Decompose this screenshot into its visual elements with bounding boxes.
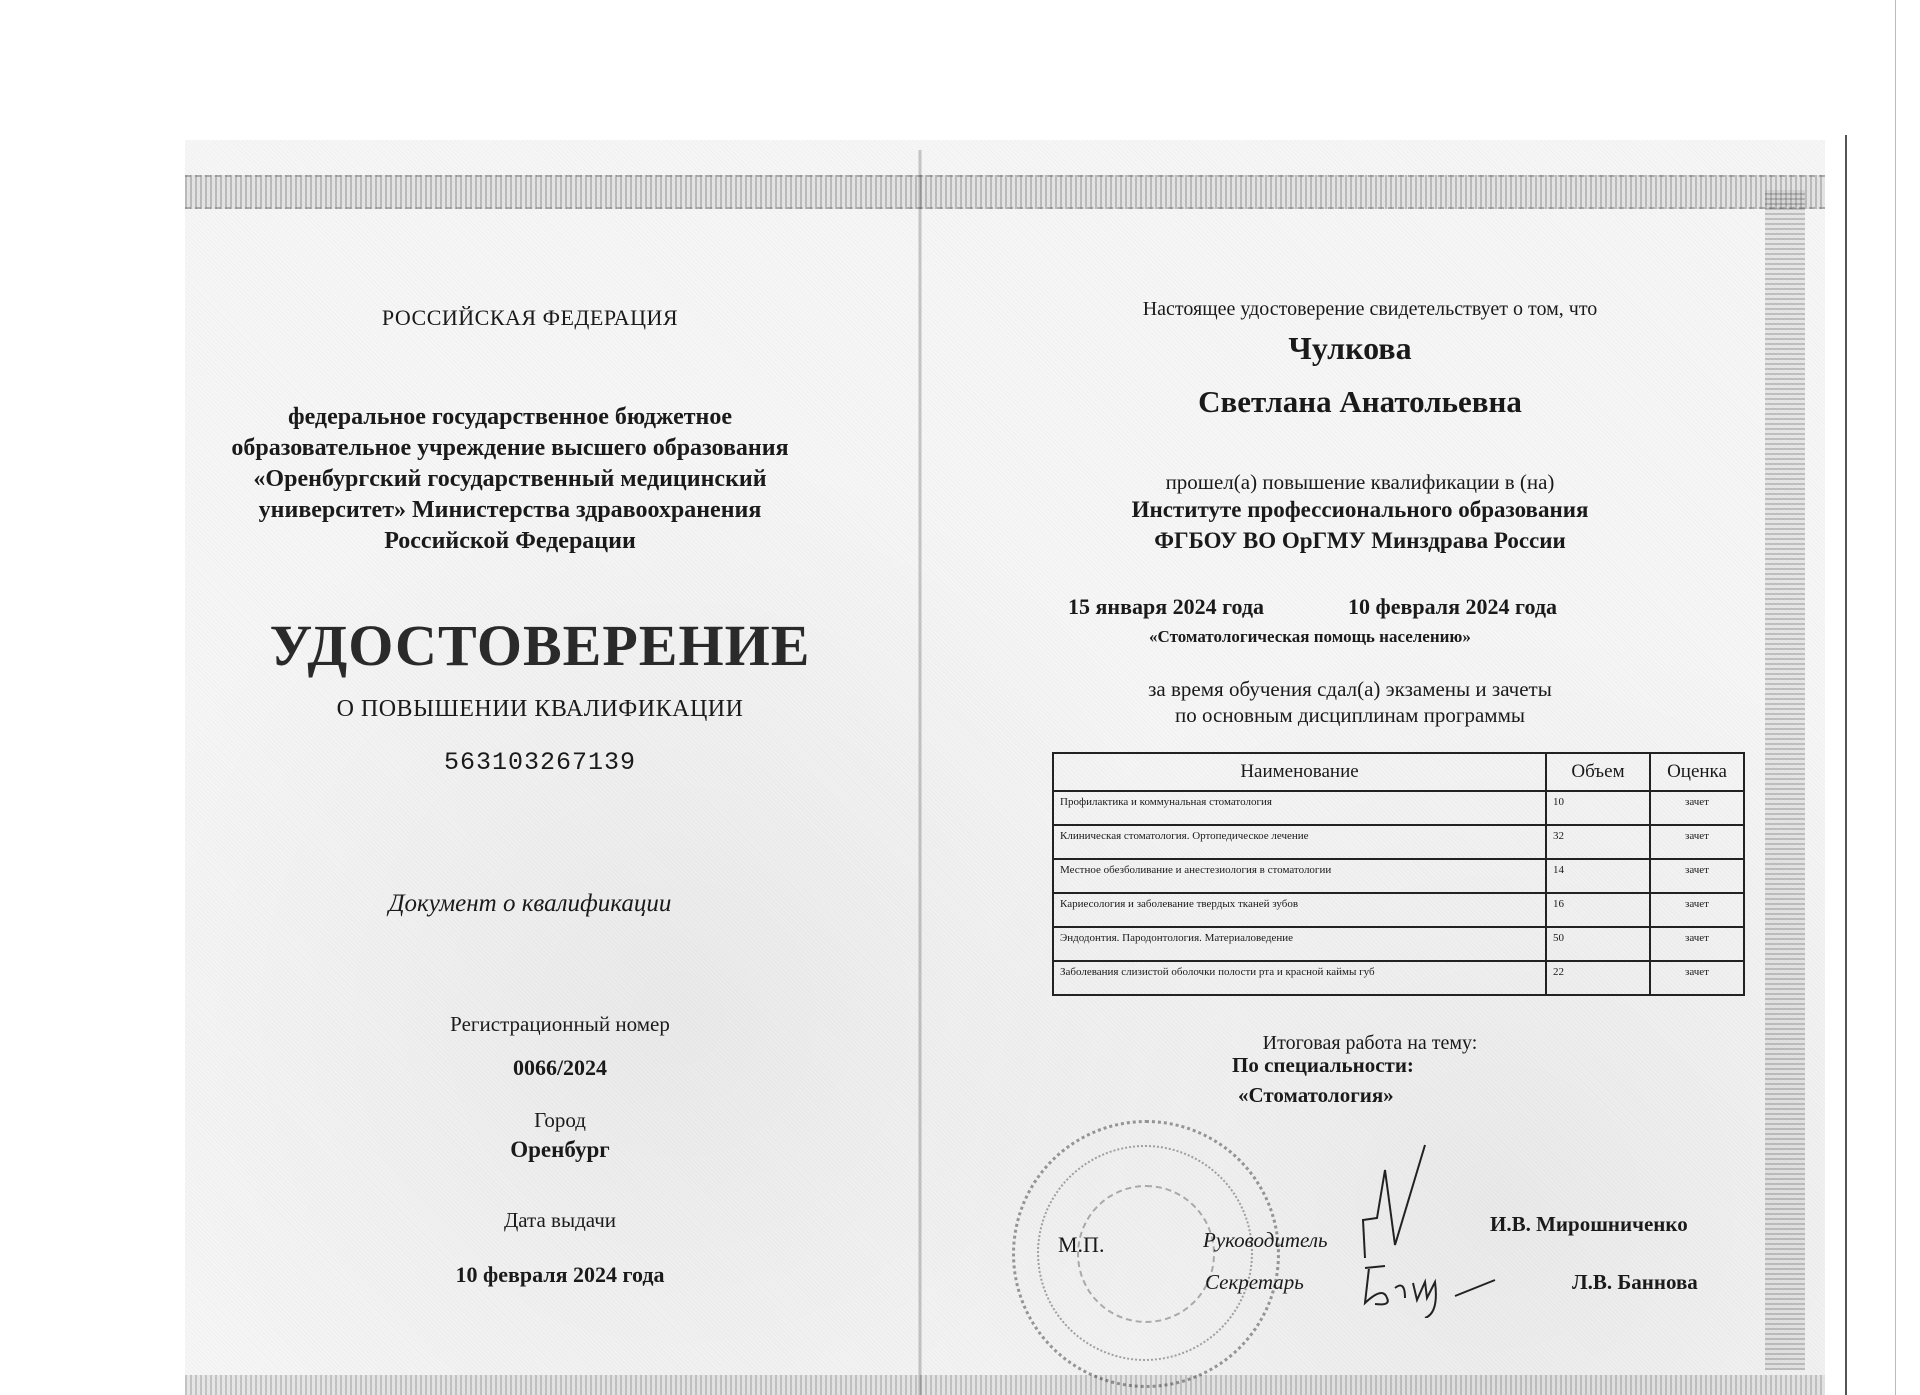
issue-date: 10 февраля 2024 года <box>360 1262 760 1288</box>
city-value: Оренбург <box>360 1137 760 1163</box>
head-signature-icon <box>1355 1140 1455 1270</box>
scan-edge <box>1895 0 1896 1395</box>
organization-line: образовательное учреждение высшего образ… <box>195 433 825 464</box>
document-type: Документ о квалификации <box>350 890 710 918</box>
institution-line: ФГБОУ ВО ОрГМУ Минздрава России <box>1060 528 1660 554</box>
subject-name: Эндодонтия. Пародонтология. Материаловед… <box>1053 927 1546 961</box>
city-label: Город <box>360 1108 760 1133</box>
holder-given-names: Светлана Анатольевна <box>1080 384 1640 420</box>
subject-grade: зачет <box>1650 859 1744 893</box>
table-row: Профилактика и коммунальная стоматология… <box>1053 791 1744 825</box>
certificate-subtitle: О ПОВЫШЕНИИ КВАЛИФИКАЦИИ <box>260 696 820 723</box>
column-header-grade: Оценка <box>1650 753 1744 791</box>
ornamental-border-bottom <box>185 1375 1825 1395</box>
table-header-row: Наименование Объем Оценка <box>1053 753 1744 791</box>
organization-line: «Оренбургский государственный медицински… <box>195 464 825 495</box>
specialty-value: «Стоматология» <box>1238 1083 1394 1108</box>
final-work-label: Итоговая работа на тему: <box>1200 1032 1540 1055</box>
secretary-signature-icon <box>1355 1258 1505 1318</box>
table-row: Эндодонтия. Пародонтология. Материаловед… <box>1053 927 1744 961</box>
official-seal-icon <box>1012 1120 1280 1388</box>
subject-grade: зачет <box>1650 927 1744 961</box>
table-row: Местное обезболивание и анестезиология в… <box>1053 859 1744 893</box>
subject-name: Клиническая стоматология. Ортопедическое… <box>1053 825 1546 859</box>
exams-text: по основным дисциплинам программы <box>1110 703 1590 728</box>
organization-name: федеральное государственное бюджетное об… <box>195 402 825 557</box>
head-name: И.В. Мирошниченко <box>1490 1212 1688 1237</box>
ornamental-border-right <box>1765 190 1805 1370</box>
table-row: Заболевания слизистой оболочки полости р… <box>1053 961 1744 995</box>
head-role-label: Руководитель <box>1203 1228 1328 1253</box>
subject-name: Заболевания слизистой оболочки полости р… <box>1053 961 1546 995</box>
subject-volume: 22 <box>1546 961 1650 995</box>
subject-grade: зачет <box>1650 791 1744 825</box>
subject-name: Местное обезболивание и анестезиология в… <box>1053 859 1546 893</box>
subject-volume: 10 <box>1546 791 1650 825</box>
holder-surname: Чулкова <box>1150 330 1550 367</box>
column-header-name: Наименование <box>1053 753 1546 791</box>
ornamental-border-top <box>185 175 1825 209</box>
certificate-title: УДОСТОВЕРЕНИЕ <box>230 612 850 679</box>
specialty-label: По специальности: <box>1232 1053 1414 1078</box>
issue-date-label: Дата выдачи <box>360 1208 760 1233</box>
registration-number: 0066/2024 <box>360 1055 760 1081</box>
subject-volume: 16 <box>1546 893 1650 927</box>
registration-label: Регистрационный номер <box>360 1012 760 1037</box>
certificate-intro: Настоящее удостоверение свидетельствует … <box>1090 298 1650 321</box>
subject-grade: зачет <box>1650 825 1744 859</box>
exams-text: за время обучения сдал(а) экзамены и зач… <box>1110 677 1590 702</box>
secretary-role-label: Секретарь <box>1205 1270 1304 1295</box>
secretary-name: Л.В. Баннова <box>1572 1270 1698 1295</box>
institution-line: Институте профессионального образования <box>1060 497 1660 523</box>
table-row: Клиническая стоматология. Ортопедическое… <box>1053 825 1744 859</box>
country-heading: РОССИЙСКАЯ ФЕДЕРАЦИЯ <box>300 305 760 331</box>
organization-line: университет» Министерства здравоохранени… <box>195 495 825 526</box>
subject-volume: 14 <box>1546 859 1650 893</box>
document-edge <box>1845 135 1847 1395</box>
training-start-date: 15 января 2024 года <box>1068 594 1264 620</box>
seal-mark: М.П. <box>1058 1232 1104 1258</box>
subject-grade: зачет <box>1650 961 1744 995</box>
organization-line: федеральное государственное бюджетное <box>195 402 825 433</box>
subject-volume: 32 <box>1546 825 1650 859</box>
subject-grade: зачет <box>1650 893 1744 927</box>
center-fold <box>918 150 922 1395</box>
organization-line: Российской Федерации <box>195 526 825 557</box>
program-name: «Стоматологическая помощь населению» <box>1100 627 1520 647</box>
subject-name: Профилактика и коммунальная стоматология <box>1053 791 1546 825</box>
certificate-number: 563103267139 <box>300 748 780 777</box>
column-header-volume: Объем <box>1546 753 1650 791</box>
subjects-table: Наименование Объем Оценка Профилактика и… <box>1052 752 1745 996</box>
passed-text: прошел(а) повышение квалификации в (на) <box>1110 470 1610 495</box>
subject-name: Кариесология и заболевание твердых ткане… <box>1053 893 1546 927</box>
training-end-date: 10 февраля 2024 года <box>1348 594 1557 620</box>
subject-volume: 50 <box>1546 927 1650 961</box>
table-row: Кариесология и заболевание твердых ткане… <box>1053 893 1744 927</box>
